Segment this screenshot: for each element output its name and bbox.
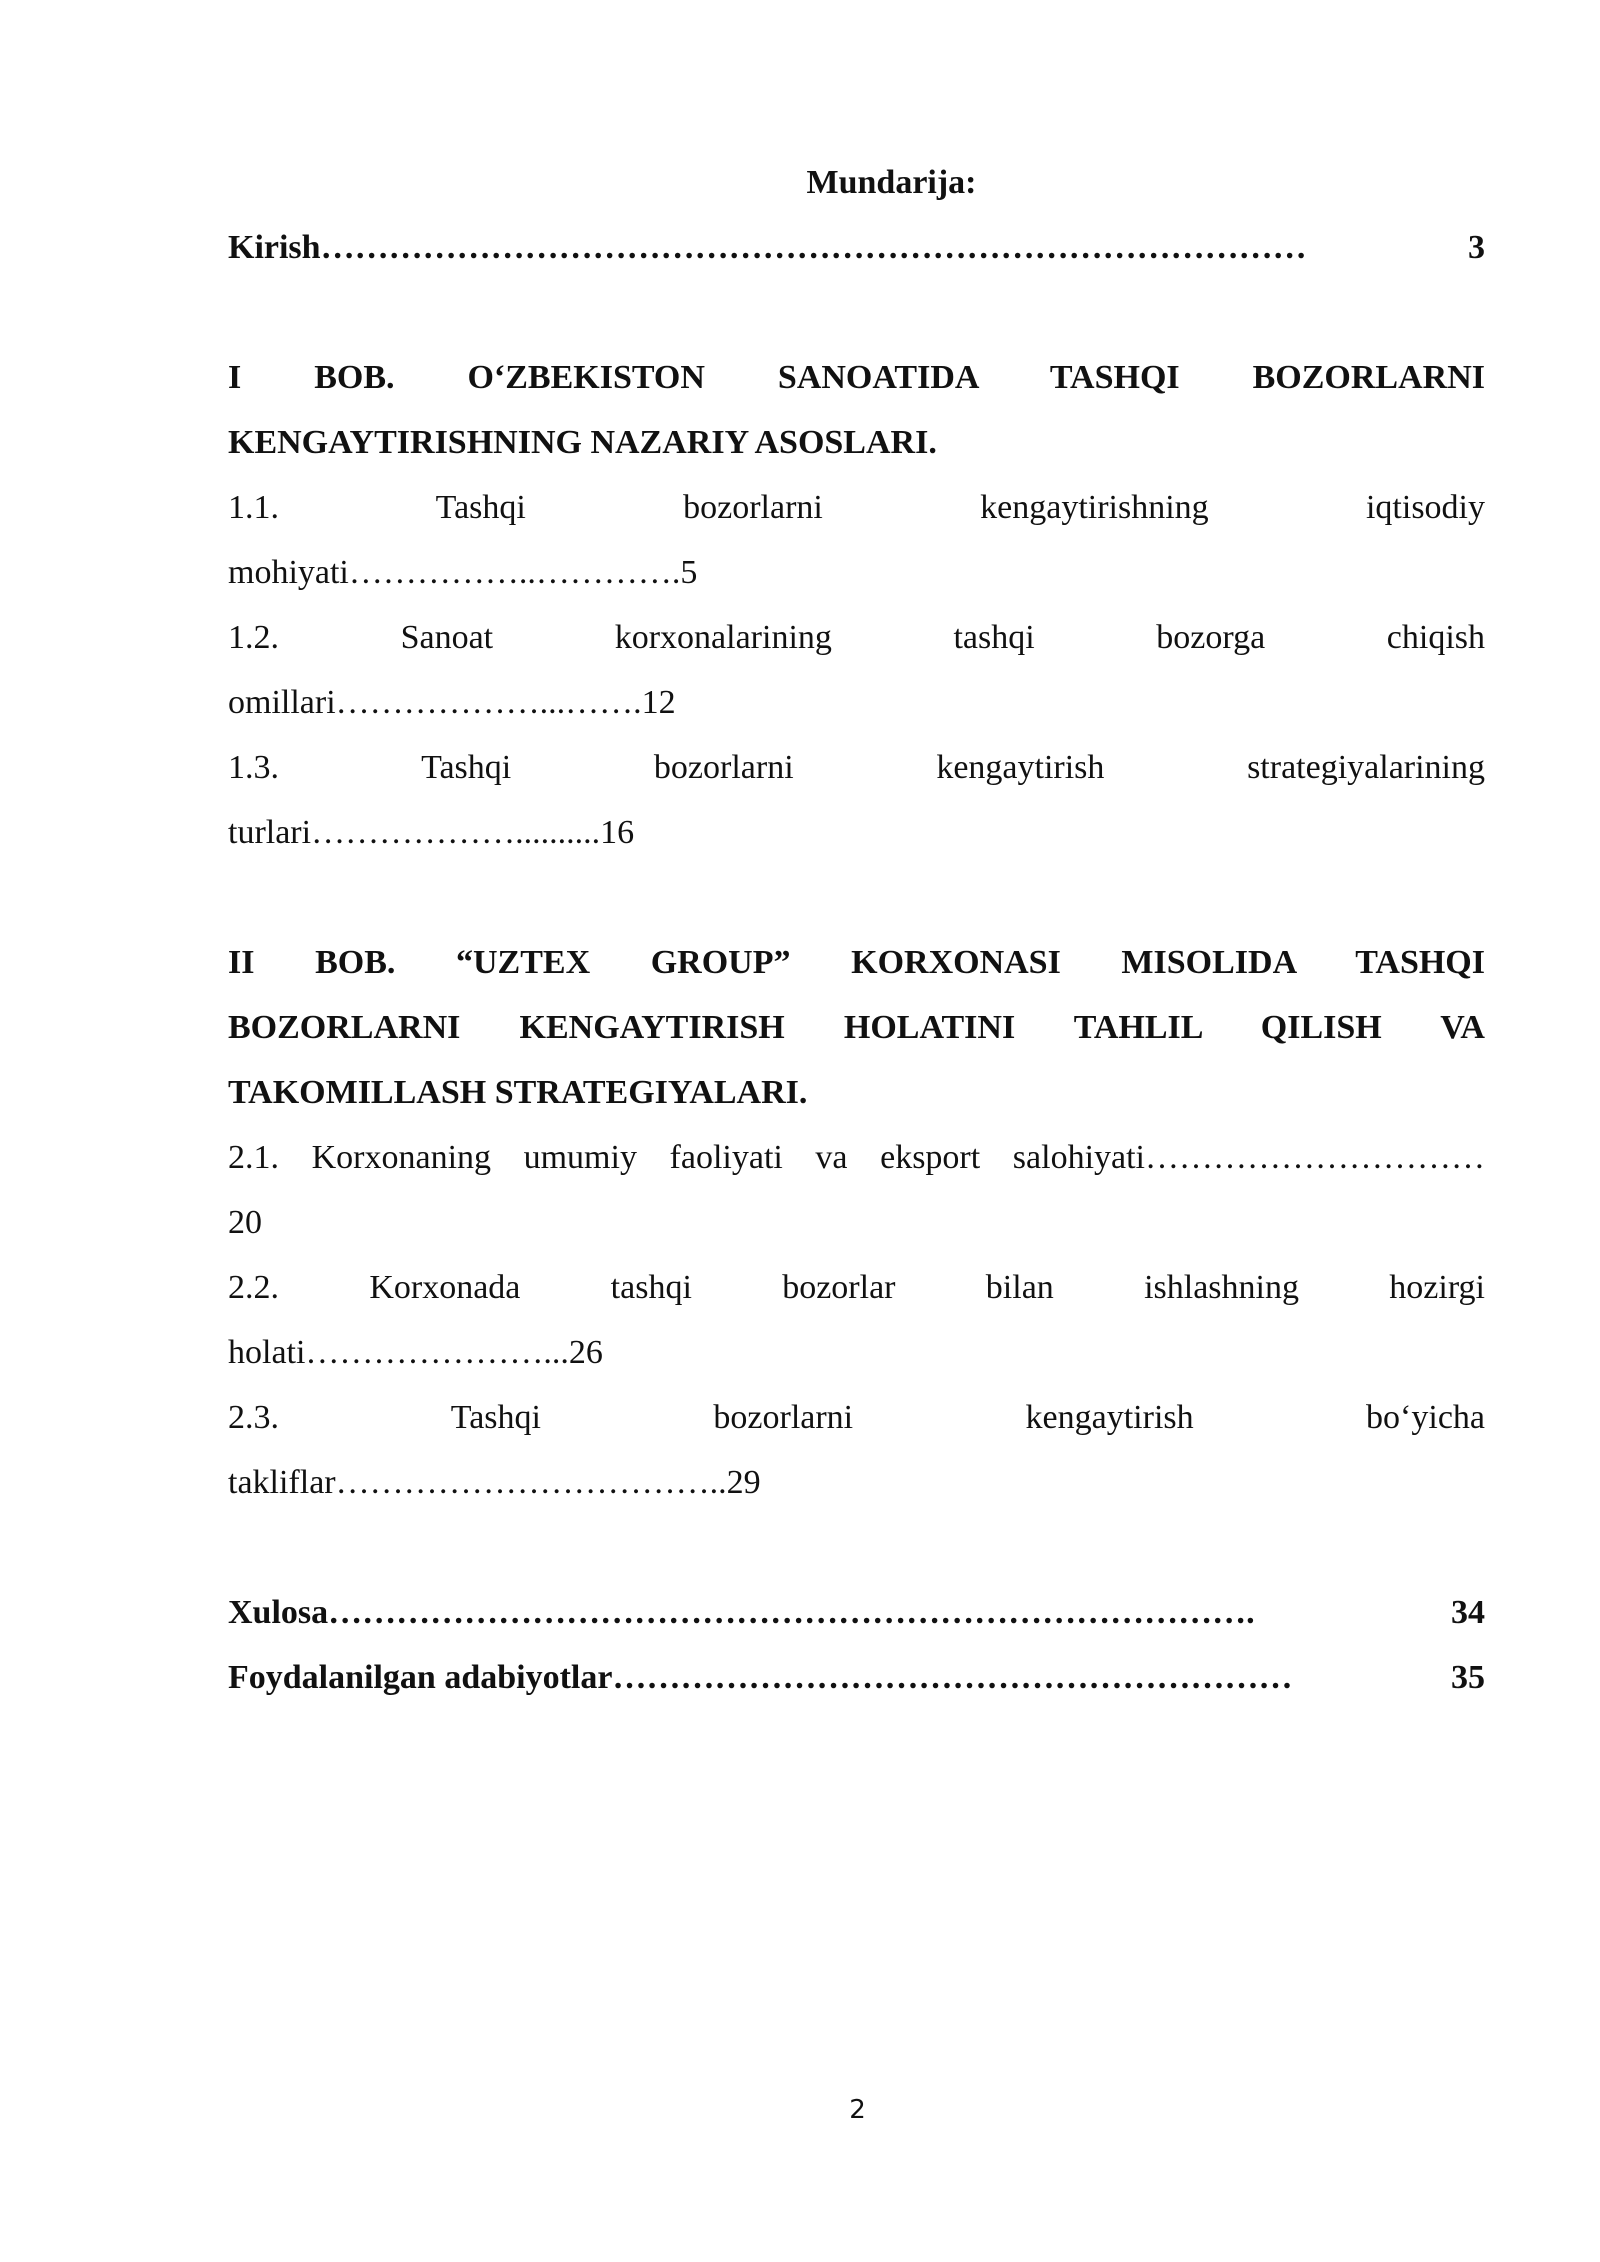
section-line: 2.2. Korxonada tashqi bozorlar bilan ish…: [228, 1255, 1485, 1320]
section-line-with-page: holati…………………...26: [228, 1320, 1485, 1385]
chapter-heading-line: BOZORLARNI KENGAYTIRISH HOLATINI TAHLIL …: [228, 995, 1485, 1060]
toc-page-number: 34: [1451, 1580, 1485, 1645]
toc-leader-dots: ……………………………………………………: [612, 1645, 1451, 1710]
toc-title: Mundarija:: [228, 150, 1485, 215]
toc-chapter-2[interactable]: II BOB. “UZTEX GROUP” KORXONASI MISOLIDA…: [228, 930, 1485, 1125]
chapter-heading-line: II BOB. “UZTEX GROUP” KORXONASI MISOLIDA…: [228, 930, 1485, 995]
toc-entry-label: Kirish: [228, 215, 321, 280]
toc-entry-label: Foydalanilgan adabiyotlar: [228, 1645, 612, 1710]
toc-section-2-1[interactable]: 2.1. Korxonaning umumiy faoliyati va eks…: [228, 1125, 1485, 1255]
section-line-with-page: 20: [228, 1190, 1485, 1255]
toc-section-1-1[interactable]: 1.1. Tashqi bozorlarni kengaytirishning …: [228, 475, 1485, 605]
section-line-with-page: turlari………………..........16: [228, 800, 1485, 865]
toc-chapter-1[interactable]: I BOB. O‘ZBEKISTON SANOATIDA TASHQI BOZO…: [228, 345, 1485, 475]
section-line-with-page: takliflar……………………………..29: [228, 1450, 1485, 1515]
section-line: 1.3. Tashqi bozorlarni kengaytirish stra…: [228, 735, 1485, 800]
toc-entry-label: Xulosa: [228, 1580, 328, 1645]
toc-leader-dots: ……………………………………………………………………………: [321, 215, 1468, 280]
toc-section-1-3[interactable]: 1.3. Tashqi bozorlarni kengaytirish stra…: [228, 735, 1485, 865]
toc-page-number: 35: [1451, 1645, 1485, 1710]
toc-entry-conclusion[interactable]: Xulosa ………………………………………………………………………. 34: [228, 1580, 1485, 1645]
section-line: 2.3. Tashqi bozorlarni kengaytirish bo‘y…: [228, 1385, 1485, 1450]
table-of-contents: Mundarija: Kirish ……………………………………………………………: [228, 150, 1485, 1710]
spacer: [228, 865, 1485, 930]
chapter-heading-line: I BOB. O‘ZBEKISTON SANOATIDA TASHQI BOZO…: [228, 345, 1485, 410]
document-page: Mundarija: Kirish ……………………………………………………………: [0, 0, 1600, 2262]
toc-section-2-2[interactable]: 2.2. Korxonada tashqi bozorlar bilan ish…: [228, 1255, 1485, 1385]
section-line: 2.1. Korxonaning umumiy faoliyati va eks…: [228, 1125, 1485, 1190]
chapter-heading-line: KENGAYTIRISHNING NAZARIY ASOSLARI.: [228, 410, 1485, 475]
toc-entry-intro[interactable]: Kirish …………………………………………………………………………… 3: [228, 215, 1485, 280]
toc-entry-references[interactable]: Foydalanilgan adabiyotlar ………………………………………: [228, 1645, 1485, 1710]
chapter-heading-line: TAKOMILLASH STRATEGIYALARI.: [228, 1060, 1485, 1125]
section-line-with-page: omillari………………...…….12: [228, 670, 1485, 735]
spacer: [228, 280, 1485, 345]
section-line: 1.1. Tashqi bozorlarni kengaytirishning …: [228, 475, 1485, 540]
toc-section-2-3[interactable]: 2.3. Tashqi bozorlarni kengaytirish bo‘y…: [228, 1385, 1485, 1515]
toc-leader-dots: ……………………………………………………………………….: [328, 1580, 1451, 1645]
page-number: 2: [0, 2095, 1600, 2125]
toc-page-number: 3: [1468, 215, 1485, 280]
spacer: [228, 1515, 1485, 1580]
section-line: 1.2. Sanoat korxonalarining tashqi bozor…: [228, 605, 1485, 670]
toc-section-1-2[interactable]: 1.2. Sanoat korxonalarining tashqi bozor…: [228, 605, 1485, 735]
section-line-with-page: mohiyati……………..………….5: [228, 540, 1485, 605]
